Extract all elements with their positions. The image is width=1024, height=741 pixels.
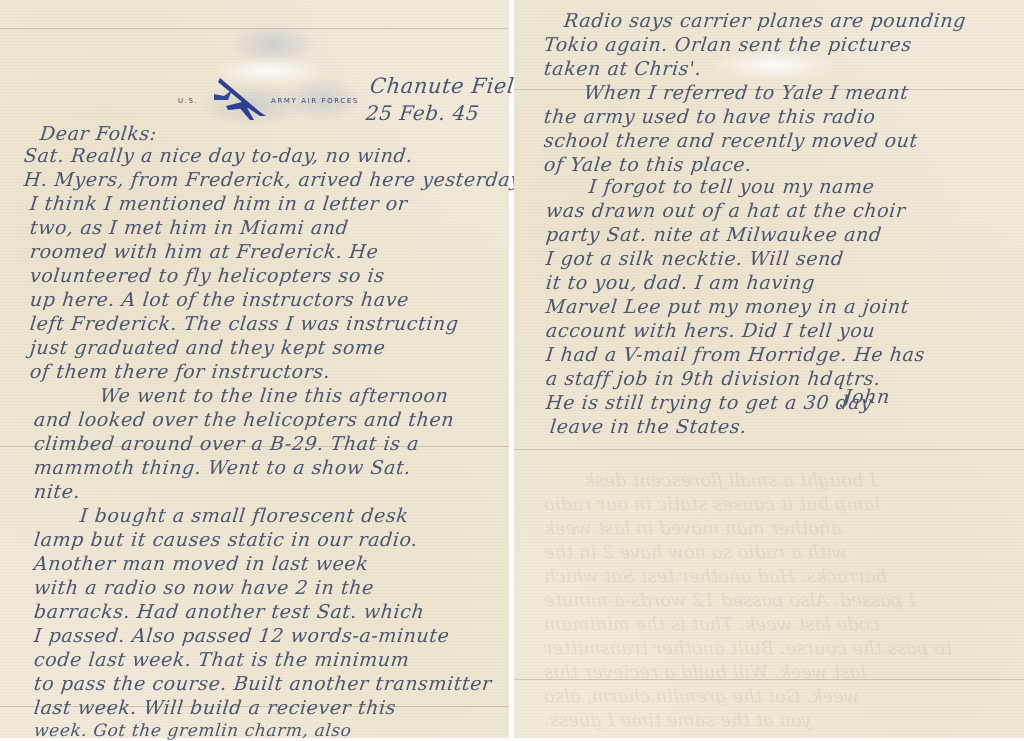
letter-line: last week. Will build a reciever this	[33, 699, 397, 718]
signature: John	[843, 388, 891, 407]
letter-line: H. Myers, from Frederick, arived here ye…	[23, 171, 527, 190]
letter-line: just graduated and they kept some	[29, 339, 386, 358]
b29-airplane-icon	[208, 72, 278, 122]
letter-line: school there and recently moved out	[543, 132, 919, 151]
letter-line: I forgot to tell you my name	[588, 178, 875, 197]
letter-line: to pass the course. Built another transm…	[33, 675, 493, 694]
letter-line: week. Got the gremlin charm, also	[33, 723, 352, 740]
letter-line: of them there for instructors.	[29, 363, 331, 382]
letter-line: up here. A lot of the instructors have	[29, 291, 410, 310]
letter-line: Tokio again. Orlan sent the pictures	[543, 36, 913, 55]
letter-line: taken at Chris'.	[543, 60, 703, 79]
letter-line: barracks. Had another test Sat. which	[33, 603, 425, 622]
letter-line: I had a V-mail from Horridge. He has	[545, 346, 926, 365]
letterhead-army-air-forces-text: ARMY AIR FORCES	[271, 97, 359, 105]
letter-line: a staff job in 9th division hdqtrs.	[545, 370, 882, 389]
letter-page-1: U.S. ARMY AIR FORCES Chanute Field 25 Fe…	[0, 0, 509, 738]
letter-line: roomed with him at Frederick. He	[29, 243, 379, 262]
letter-line: was drawn out of a hat at the choir	[545, 202, 907, 221]
letter-line: Sat. Really a nice day to-day, no wind.	[23, 147, 414, 166]
paper-fold-line	[514, 449, 1024, 450]
letter-line: I bought a small florescent desk	[79, 507, 409, 526]
letter-page-2: Radio says carrier planes are pounding T…	[514, 0, 1024, 738]
letter-line: Another man moved in last week	[33, 555, 369, 574]
letter-line: We went to the line this afternoon	[99, 387, 449, 406]
letter-line: the army used to have this radio	[543, 108, 877, 127]
letter-line: nite.	[33, 483, 81, 502]
header-location: Chanute Field	[369, 76, 530, 97]
letter-line: lamp but it causes static in our radio.	[33, 531, 419, 550]
letter-line: leave in the States.	[549, 418, 748, 437]
letter-line: mammoth thing. Went to a show Sat.	[33, 459, 412, 478]
letter-line: When I referred to Yale I meant	[583, 84, 910, 103]
army-air-forces-letterhead: U.S. ARMY AIR FORCES	[178, 22, 368, 122]
salutation: Dear Folks:	[39, 125, 158, 144]
letter-line: two, as I met him in Miami and	[29, 219, 349, 238]
letter-line: volunteered to fly helicopters so is	[29, 267, 386, 286]
letter-line: I got a silk necktie. Will send	[545, 250, 845, 269]
letterhead-us-text: U.S.	[178, 97, 198, 105]
letter-line: of Yale to this place.	[543, 156, 753, 175]
letter-line: Radio says carrier planes are pounding	[563, 12, 967, 31]
header-date: 25 Feb. 45	[365, 103, 481, 123]
letter-line: He is still trying to get a 30 day	[545, 394, 873, 413]
letter-line: with a radio so now have 2 in the	[33, 579, 375, 598]
letter-line: account with hers. Did I tell you	[545, 322, 876, 341]
letter-line: and looked over the helicopters and then	[33, 411, 455, 430]
letter-line: Marvel Lee put my money in a joint	[545, 298, 910, 317]
letter-line: I passed. Also passed 12 words-a-minute	[33, 627, 450, 646]
letter-line: left Frederick. The class I was instruct…	[29, 315, 460, 334]
letter-line: code last week. That is the minimum	[33, 651, 410, 670]
letter-line: I think I mentioned him in a letter or	[29, 195, 409, 214]
letter-line: party Sat. nite at Milwaukee and	[545, 226, 883, 245]
letter-line: it to you, dad. I am having	[545, 274, 816, 293]
letter-line: climbed around over a B-29. That is a	[33, 435, 420, 454]
